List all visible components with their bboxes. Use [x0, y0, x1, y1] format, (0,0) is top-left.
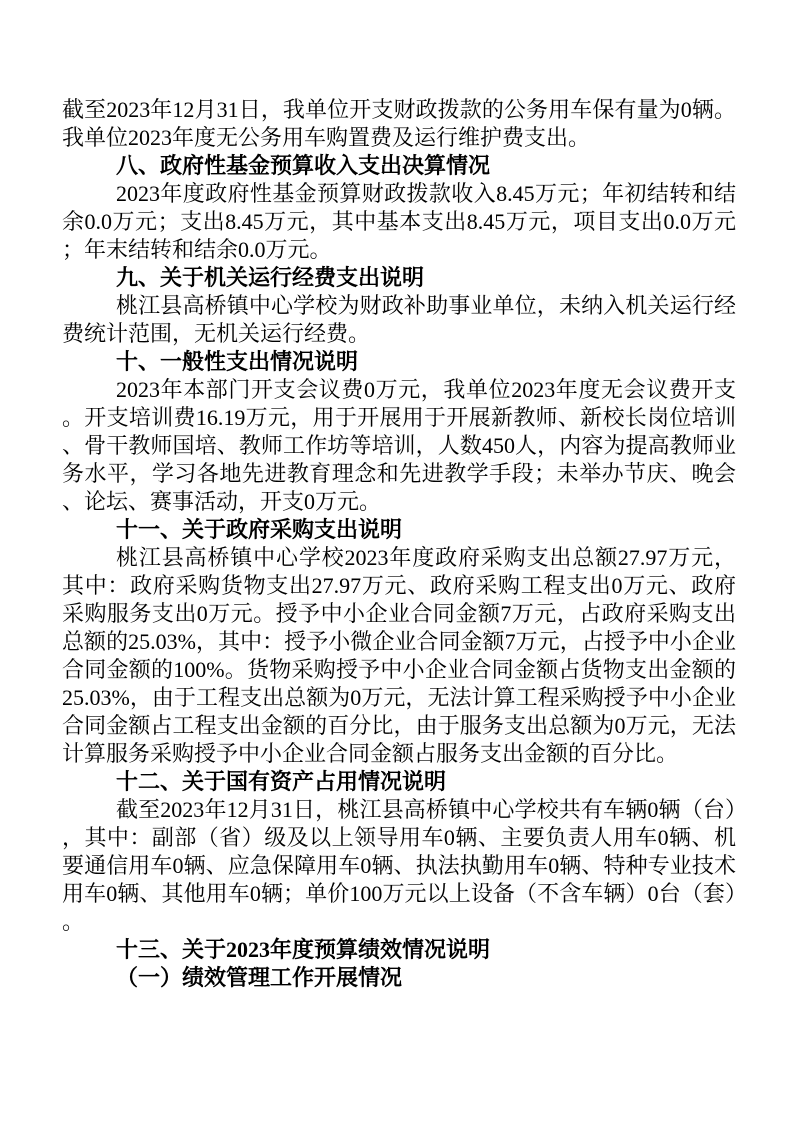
para-general-expenditure-details: 2023年本部门开支会议费0万元，我单位2023年度无会议费开支。开支培训费16…	[62, 376, 736, 516]
para-agency-operating-expense: 桃江县高桥镇中心学校为财政补助事业单位，未纳入机关运行经费统计范围，无机关运行经…	[62, 292, 736, 348]
heading-performance-management-work: （一）绩效管理工作开展情况	[62, 964, 736, 992]
heading-section-eight-govt-fund-budget: 八、政府性基金预算收入支出决算情况	[62, 152, 736, 180]
para-state-assets-details: 截至2023年12月31日，桃江县高桥镇中心学校共有车辆0辆（台），其中：副部（…	[62, 796, 736, 936]
heading-section-thirteen-budget-performance: 十三、关于2023年度预算绩效情况说明	[62, 936, 736, 964]
para-govt-fund-budget-figures: 2023年度政府性基金预算财政拨款收入8.45万元；年初结转和结余0.0万元；支…	[62, 180, 736, 264]
heading-section-nine-agency-operating-expense: 九、关于机关运行经费支出说明	[62, 264, 736, 292]
heading-section-eleven-govt-procurement: 十一、关于政府采购支出说明	[62, 516, 736, 544]
para-official-vehicles-continued: 截至2023年12月31日，我单位开支财政拨款的公务用车保有量为0辆。我单位20…	[62, 96, 736, 152]
heading-section-twelve-state-assets: 十二、关于国有资产占用情况说明	[62, 768, 736, 796]
heading-section-ten-general-expenditure: 十、一般性支出情况说明	[62, 348, 736, 376]
para-govt-procurement-details: 桃江县高桥镇中心学校2023年度政府采购支出总额27.97万元，其中：政府采购货…	[62, 544, 736, 768]
document-body: 截至2023年12月31日，我单位开支财政拨款的公务用车保有量为0辆。我单位20…	[62, 96, 736, 992]
document-page: 截至2023年12月31日，我单位开支财政拨款的公务用车保有量为0辆。我单位20…	[0, 0, 793, 1122]
